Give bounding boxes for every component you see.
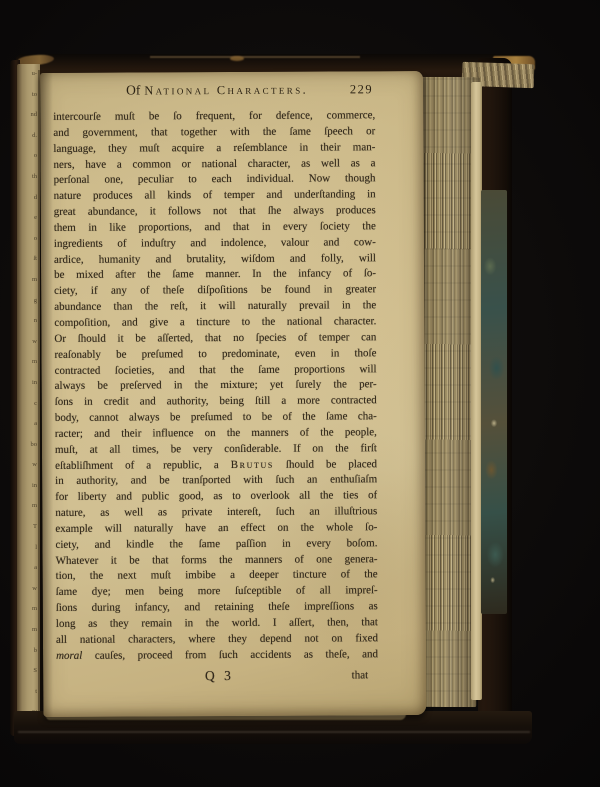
facing-page-fragment: to [17, 85, 40, 106]
text-line: and government, that together with the ſ… [53, 124, 375, 142]
text-line: nature produces all kinds of temper and … [54, 187, 376, 205]
text-line: perſonal one, peculiar to each individua… [54, 172, 376, 190]
facing-page-fragment: d. [17, 126, 40, 147]
text-line: example will naturally have an effect on… [55, 520, 377, 538]
text-line: them in like proportions, and that in ev… [54, 219, 376, 237]
text-line: ingredients of induſtry and indolence, v… [54, 235, 376, 253]
text-line: moral cauſes, proceed from ſuch accident… [56, 647, 378, 665]
signature-row: Q 3 that [56, 667, 378, 688]
text-line: intercourſe muſt be ſo frequent, for def… [53, 108, 375, 126]
cover-top-highlight [150, 56, 360, 58]
text-line: ardice, humanity and brutality, wiſdom a… [54, 251, 376, 269]
text-line: tion, the next muſt imbibe a deeper tinc… [56, 568, 378, 586]
worn-speck-top [230, 56, 244, 61]
facing-page-fragment: m [17, 352, 40, 373]
header-title: Of National Characters. [53, 80, 375, 100]
facing-page-fragment: t [17, 682, 40, 703]
facing-page-fragment: in [17, 476, 40, 497]
facing-page-fragment: n [17, 311, 40, 332]
facing-page-fragment: b [17, 641, 40, 662]
photo-scene: u-tondd.othdeoſtmgnwmincabowinmTlawmmbSt… [0, 0, 600, 787]
marbled-board-edge [481, 190, 507, 614]
facing-page-fragment: bo [17, 435, 40, 456]
page-text: intercourſe muſt be ſo frequent, for def… [53, 108, 378, 664]
facing-page-fragment: S [17, 661, 40, 682]
text-line: contracted ſocieties, and that the ſame … [55, 362, 377, 380]
facing-page-fragment: m [17, 620, 40, 641]
facing-page-fragment: ſt [17, 249, 40, 270]
facing-page-fragment: m [17, 496, 40, 517]
facing-page-fragment: a [17, 414, 40, 435]
facing-page-fragment: o [17, 146, 40, 167]
facing-page-fragment: l [17, 538, 40, 559]
text-line: ciety, and kindle the ſame paſſion in ev… [55, 536, 377, 554]
text-line: reaſonably be preſumed to predominate, e… [54, 346, 376, 364]
text-line: in authority, and be tranſported with ſu… [55, 473, 377, 491]
text-line: ſame dye; men being more ſuſceptible of … [56, 584, 378, 602]
text-line: great abundance, it follows not that ſhe… [54, 203, 376, 221]
facing-page-fragment: nd [17, 105, 40, 126]
facing-page-fragment: g [17, 291, 40, 312]
header-title-caps: National Characters. [144, 83, 308, 98]
facing-page-fragment: m [17, 599, 40, 620]
facing-page-fragment: d [17, 188, 40, 209]
facing-page-fragment: th [17, 167, 40, 188]
text-line: Whatever it be that forms the manners of… [56, 552, 378, 570]
text-line: for liberty and public good, as to overl… [55, 488, 377, 506]
table-highlight-line [18, 731, 530, 733]
header-title-of: Of [126, 82, 140, 97]
text-line: nature, as well as private intereſt, ſuc… [55, 504, 377, 522]
page-number: 229 [350, 82, 373, 97]
text-line: compoſition, and give a tincture to the … [54, 314, 376, 332]
text-line: Or ſhould it be aſſerted, that no ſpecie… [54, 330, 376, 348]
text-line: ſions during infancy, and retaining theſ… [56, 599, 378, 617]
text-line: eſtabliſhment of a republic, a Brutus ſh… [55, 457, 377, 475]
text-line: language, they muſt acquire a reſemblanc… [53, 140, 375, 158]
running-header: Of National Characters. 229 [53, 80, 375, 106]
book-page: Of National Characters. 229 intercourſe … [40, 71, 426, 717]
text-line: always be preſerved in the mixture; yet … [55, 378, 377, 396]
facing-page-fragment: T [17, 517, 40, 538]
facing-page-fragment: c [17, 394, 40, 415]
facing-page-fragment: u- [17, 64, 40, 85]
text-line: body, cannot always be preſumed to be of… [55, 409, 377, 427]
text-line: ſons in credit and authority, being ſtil… [55, 393, 377, 411]
text-line: all national characters, where they depe… [56, 631, 378, 649]
facing-page-fragment: in [17, 373, 40, 394]
catchword: that [352, 669, 369, 681]
text-line: muſt, at all times, be very conſiderable… [55, 441, 377, 459]
facing-page-fragment: m [17, 270, 40, 291]
facing-page-fragment: w [17, 579, 40, 600]
facing-page-fragment: o [17, 229, 40, 250]
text-line: abundance than the reſt, it will natural… [54, 298, 376, 316]
signature-mark: Q 3 [205, 668, 234, 684]
facing-page-fragment: e [17, 208, 40, 229]
facing-page-fragment: w [17, 332, 40, 353]
text-line: be mixed after the ſame manner. In the i… [54, 267, 376, 285]
text-line: long as they remain in the world. I aſſe… [56, 615, 378, 633]
facing-page-fragment: w [17, 455, 40, 476]
facing-page-fragment: a [17, 558, 40, 579]
facing-page-edge: u-tondd.othdeoſtmgnwmincabowinmTlawmmbSt… [17, 64, 40, 724]
text-line: ciety, if any of theſe diſpoſitions be f… [54, 283, 376, 301]
page-content: Of National Characters. 229 intercourſe … [53, 80, 378, 687]
text-line: ners, have a common or national characte… [53, 156, 375, 174]
text-line: racter; and their influence on the manne… [55, 425, 377, 443]
